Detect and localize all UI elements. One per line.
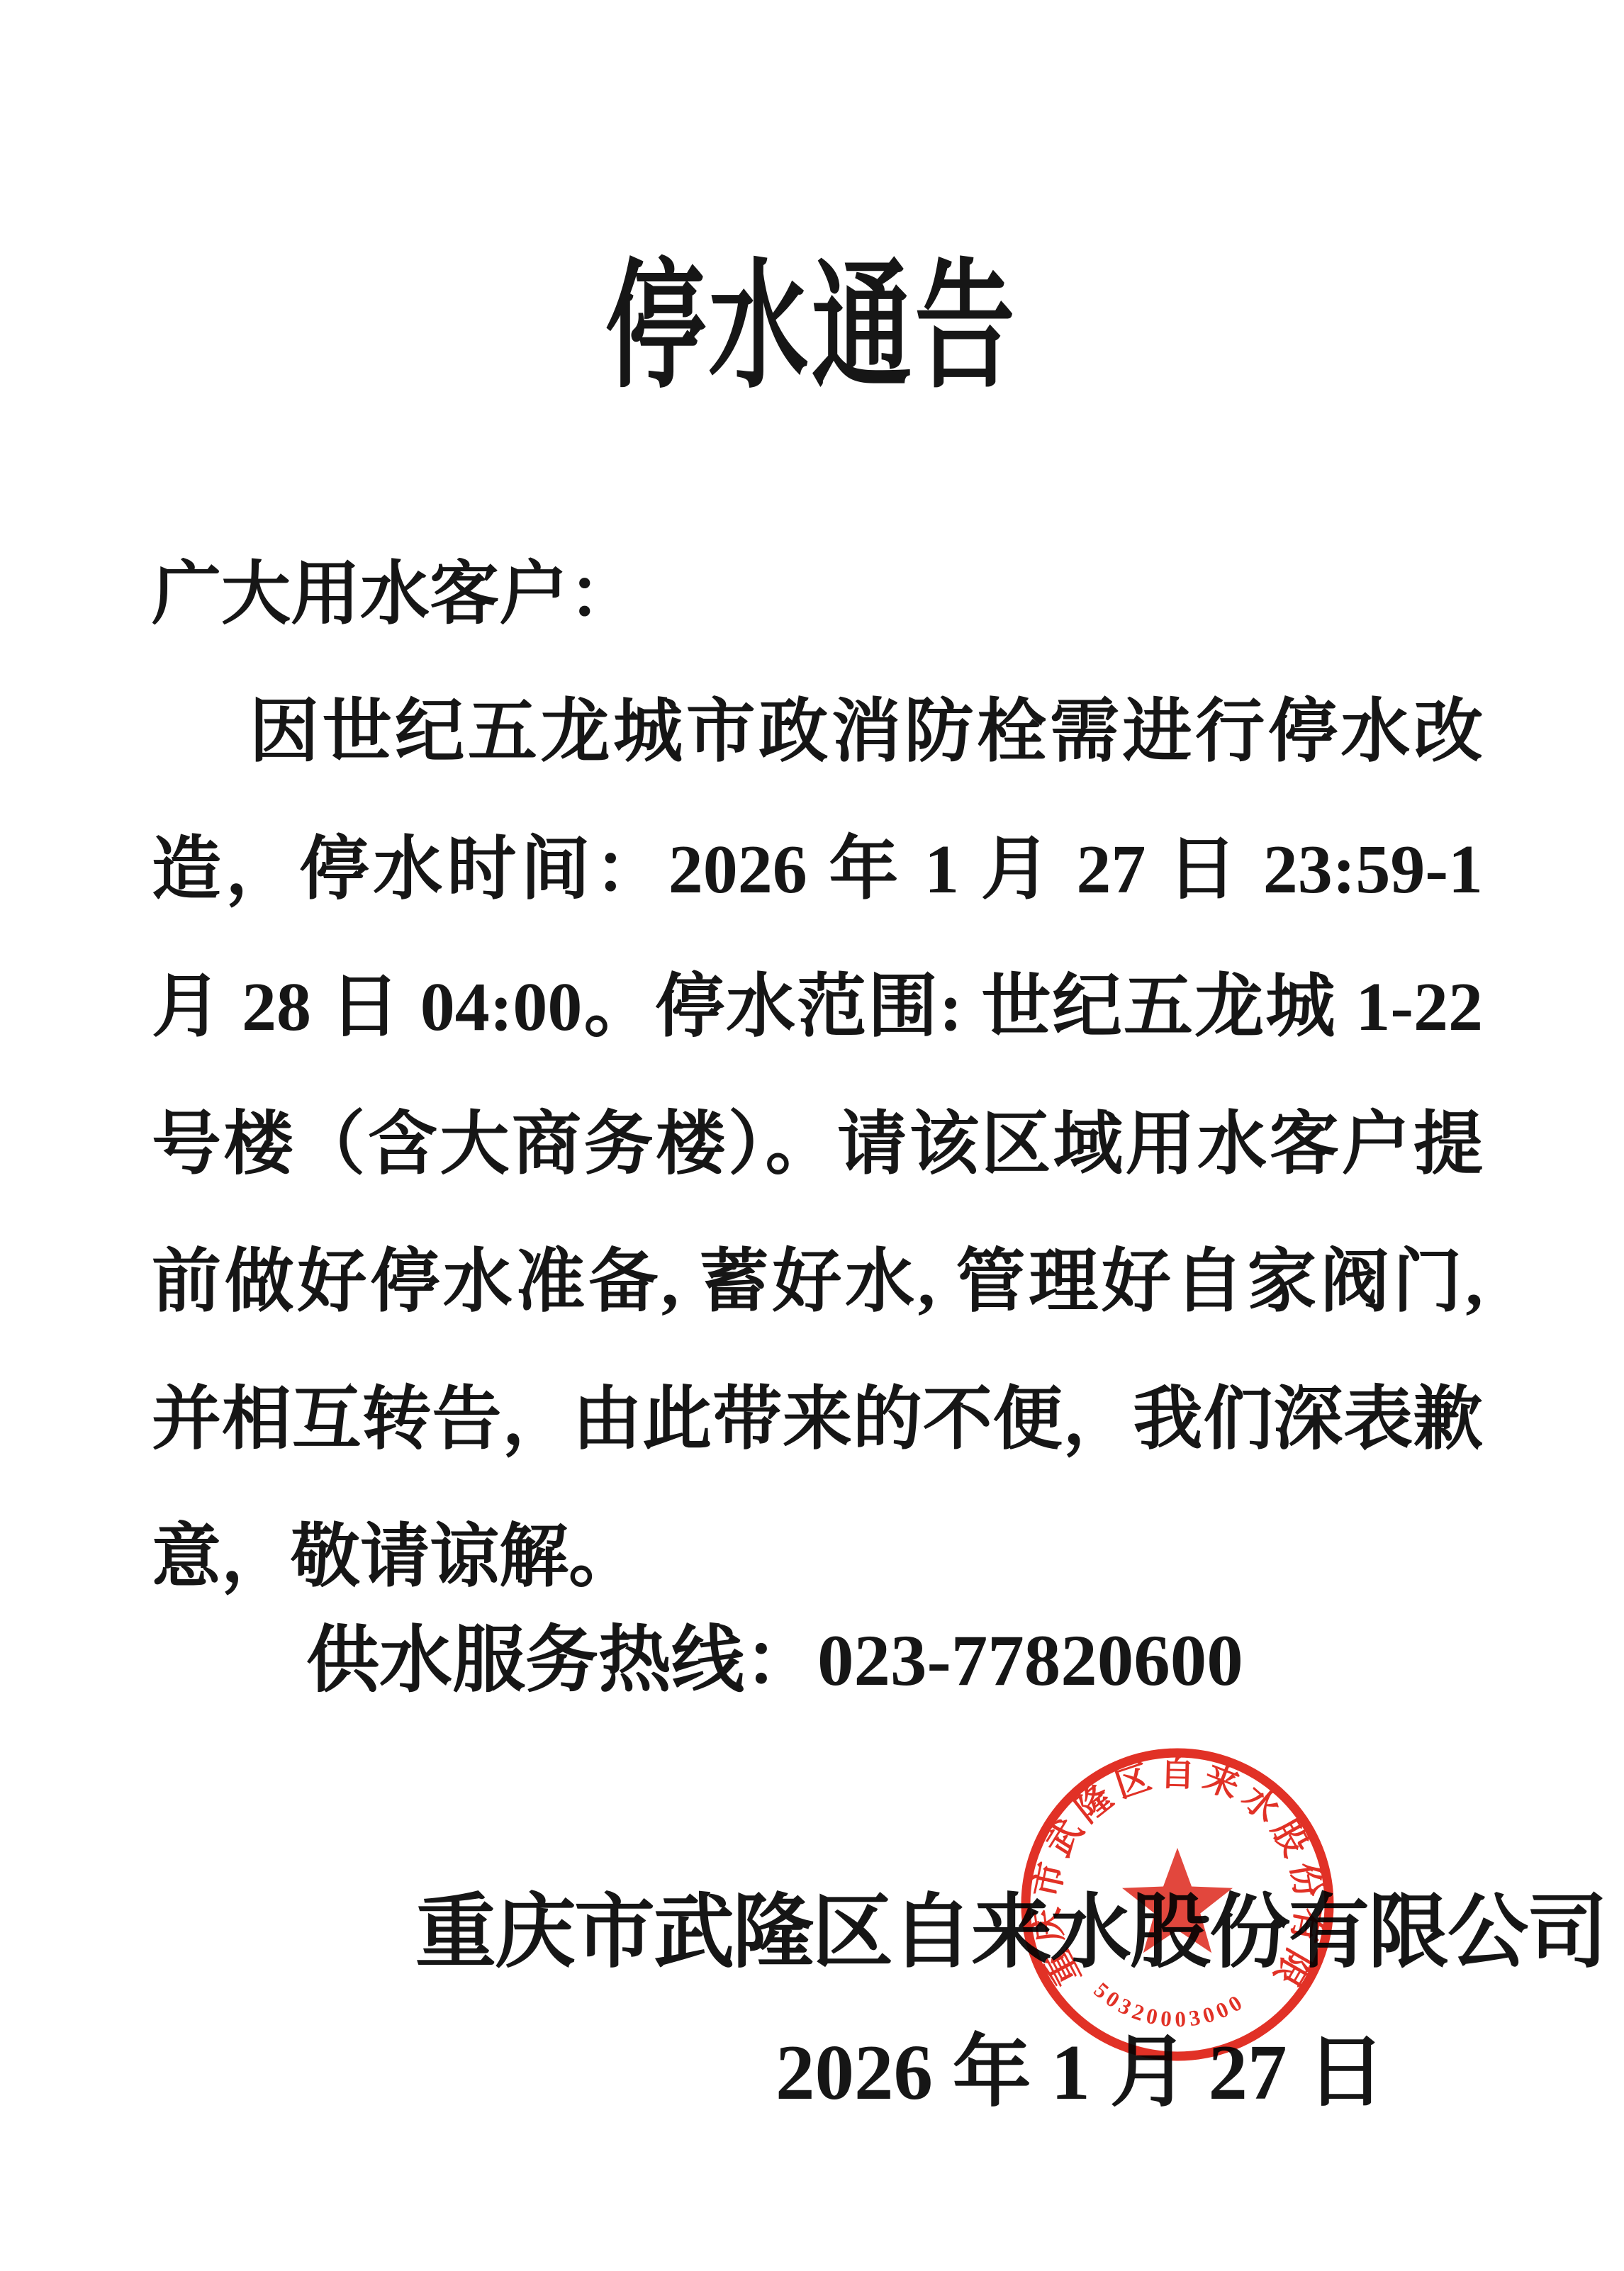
salutation-line: 广大用水客户： — [152, 526, 1483, 663]
notice-body: 广大用水客户： 因世纪五龙城市政消防栓需进行停水改 造，停水时间：2026 年 … — [152, 526, 1483, 1626]
body-line: 前做好停水准备, 蓄好水, 管理好自家阀门, — [152, 1213, 1483, 1351]
body-line: 号楼（含大商务楼）。请该区域用水客户提 — [152, 1076, 1483, 1213]
body-line: 造，停水时间：2026 年 1 月 27 日 23:59-1 — [152, 801, 1483, 938]
body-line: 意，敬请谅解。 — [152, 1488, 1483, 1626]
body-line: 月 28 日 04:00。停水范围: 世纪五龙城 1-22 — [152, 938, 1483, 1076]
seal-code-text: 50320003000 — [1090, 1978, 1250, 2032]
body-line: 因世纪五龙城市政消防栓需进行停水改 — [152, 663, 1483, 801]
document-page: 停水通告 广大用水客户： 因世纪五龙城市政消防栓需进行停水改 造，停水时间：20… — [0, 0, 1624, 2271]
signature-date: 2026 年 1 月 27 日 — [775, 2024, 1385, 2123]
notice-title: 停水通告 — [0, 255, 1624, 401]
notice-title-text: 停水通告 — [606, 255, 1019, 401]
signature-company: 重庆市武隆区自来水股份有限公司 — [415, 1883, 1606, 1984]
body-line: 并相互转告，由此带来的不便，我们深表歉 — [152, 1351, 1483, 1488]
service-hotline: 供水服务热线：023-77820600 — [306, 1617, 1243, 1705]
